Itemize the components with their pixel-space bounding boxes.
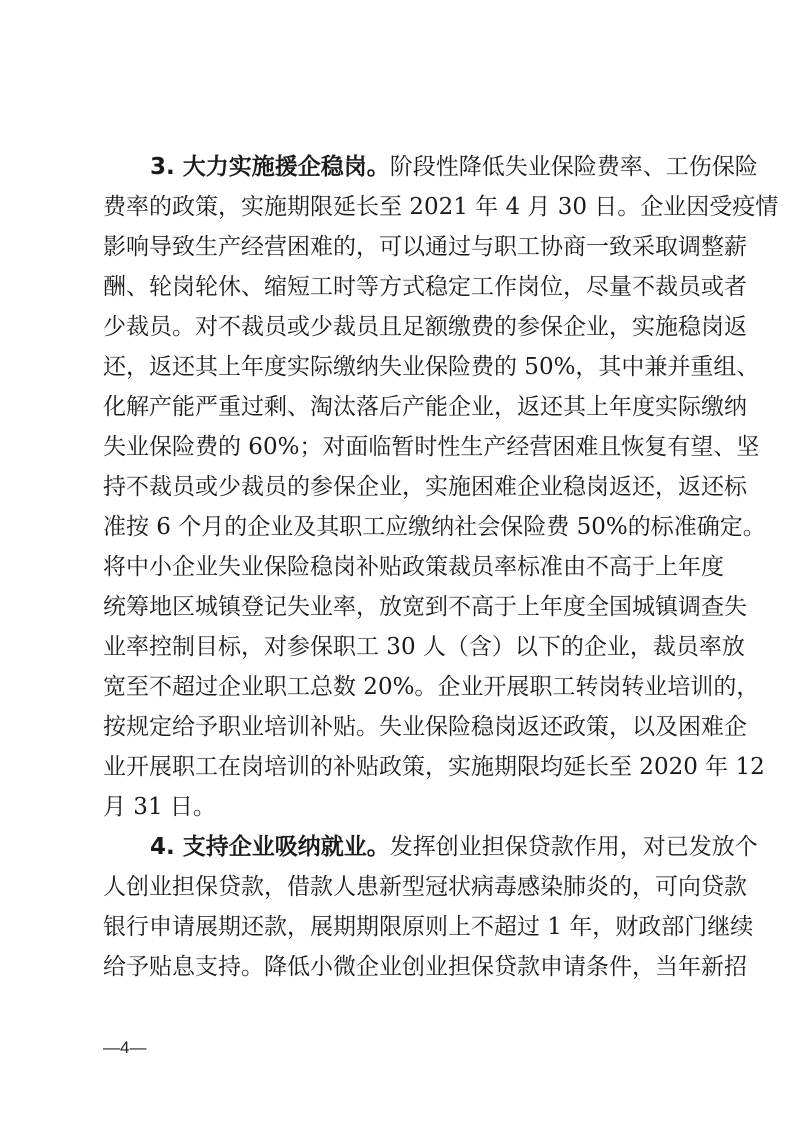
text-line: 业率控制目标，对参保职工 30 人（含）以下的企业，裁员率放 — [103, 627, 693, 667]
text-line: 给予贴息支持。降低小微企业创业担保贷款申请条件，当年新招 — [103, 947, 693, 987]
page-number: —4— — [103, 1038, 146, 1058]
text-line: 费率的政策，实施期限延长至 2021 年 4 月 30 日。企业因受疫情 — [103, 187, 693, 227]
paragraph-4-line-1: 4. 支持企业吸纳就业。发挥创业担保贷款作用，对已发放个 — [103, 827, 693, 867]
text-line: 酬、轮岗轮休、缩短工时等方式稳定工作岗位，尽量不裁员或者 — [103, 267, 693, 307]
text-line: 还，返还其上年度实际缴纳失业保险费的 50%，其中兼并重组、 — [103, 347, 693, 387]
section-heading-4: 4. 支持企业吸纳就业。 — [150, 834, 390, 860]
text-line: 月 31 日。 — [103, 787, 693, 827]
text-line: 发挥创业担保贷款作用，对已发放个 — [390, 834, 758, 860]
text-line: 少裁员。对不裁员或少裁员且足额缴费的参保企业，实施稳岗返 — [103, 307, 693, 347]
document-body: 3. 大力实施援企稳岗。阶段性降低失业保险费率、工伤保险 费率的政策，实施期限延… — [103, 147, 693, 987]
text-line: 化解产能严重过剩、淘汰落后产能企业，返还其上年度实际缴纳 — [103, 387, 693, 427]
text-line: 失业保险费的 60%；对面临暂时性生产经营困难且恢复有望、坚 — [103, 427, 693, 467]
text-line: 持不裁员或少裁员的参保企业，实施困难企业稳岗返还，返还标 — [103, 467, 693, 507]
section-heading-3: 3. 大力实施援企稳岗。 — [150, 154, 390, 180]
text-line: 阶段性降低失业保险费率、工伤保险 — [390, 154, 758, 180]
text-line: 准按 6 个月的企业及其职工应缴纳社会保险费 50%的标准确定。 — [103, 507, 693, 547]
text-line: 按规定给予职业培训补贴。失业保险稳岗返还政策，以及困难企 — [103, 707, 693, 747]
text-line: 人创业担保贷款，借款人患新型冠状病毒感染肺炎的，可向贷款 — [103, 867, 693, 907]
text-line: 宽至不超过企业职工总数 20%。企业开展职工转岗转业培训的， — [103, 667, 693, 707]
text-line: 银行申请展期还款，展期期限原则上不超过 1 年，财政部门继续 — [103, 907, 693, 947]
text-line: 业开展职工在岗培训的补贴政策，实施期限均延长至 2020 年 12 — [103, 747, 693, 787]
text-line: 影响导致生产经营困难的，可以通过与职工协商一致采取调整薪 — [103, 227, 693, 267]
text-line: 统筹地区城镇登记失业率，放宽到不高于上年度全国城镇调查失 — [103, 587, 693, 627]
text-line: 将中小企业失业保险稳岗补贴政策裁员率标准由不高于上年度 — [103, 547, 693, 587]
document-page: 3. 大力实施援企稳岗。阶段性降低失业保险费率、工伤保险 费率的政策，实施期限延… — [0, 0, 793, 1122]
paragraph-3-line-1: 3. 大力实施援企稳岗。阶段性降低失业保险费率、工伤保险 — [103, 147, 693, 187]
